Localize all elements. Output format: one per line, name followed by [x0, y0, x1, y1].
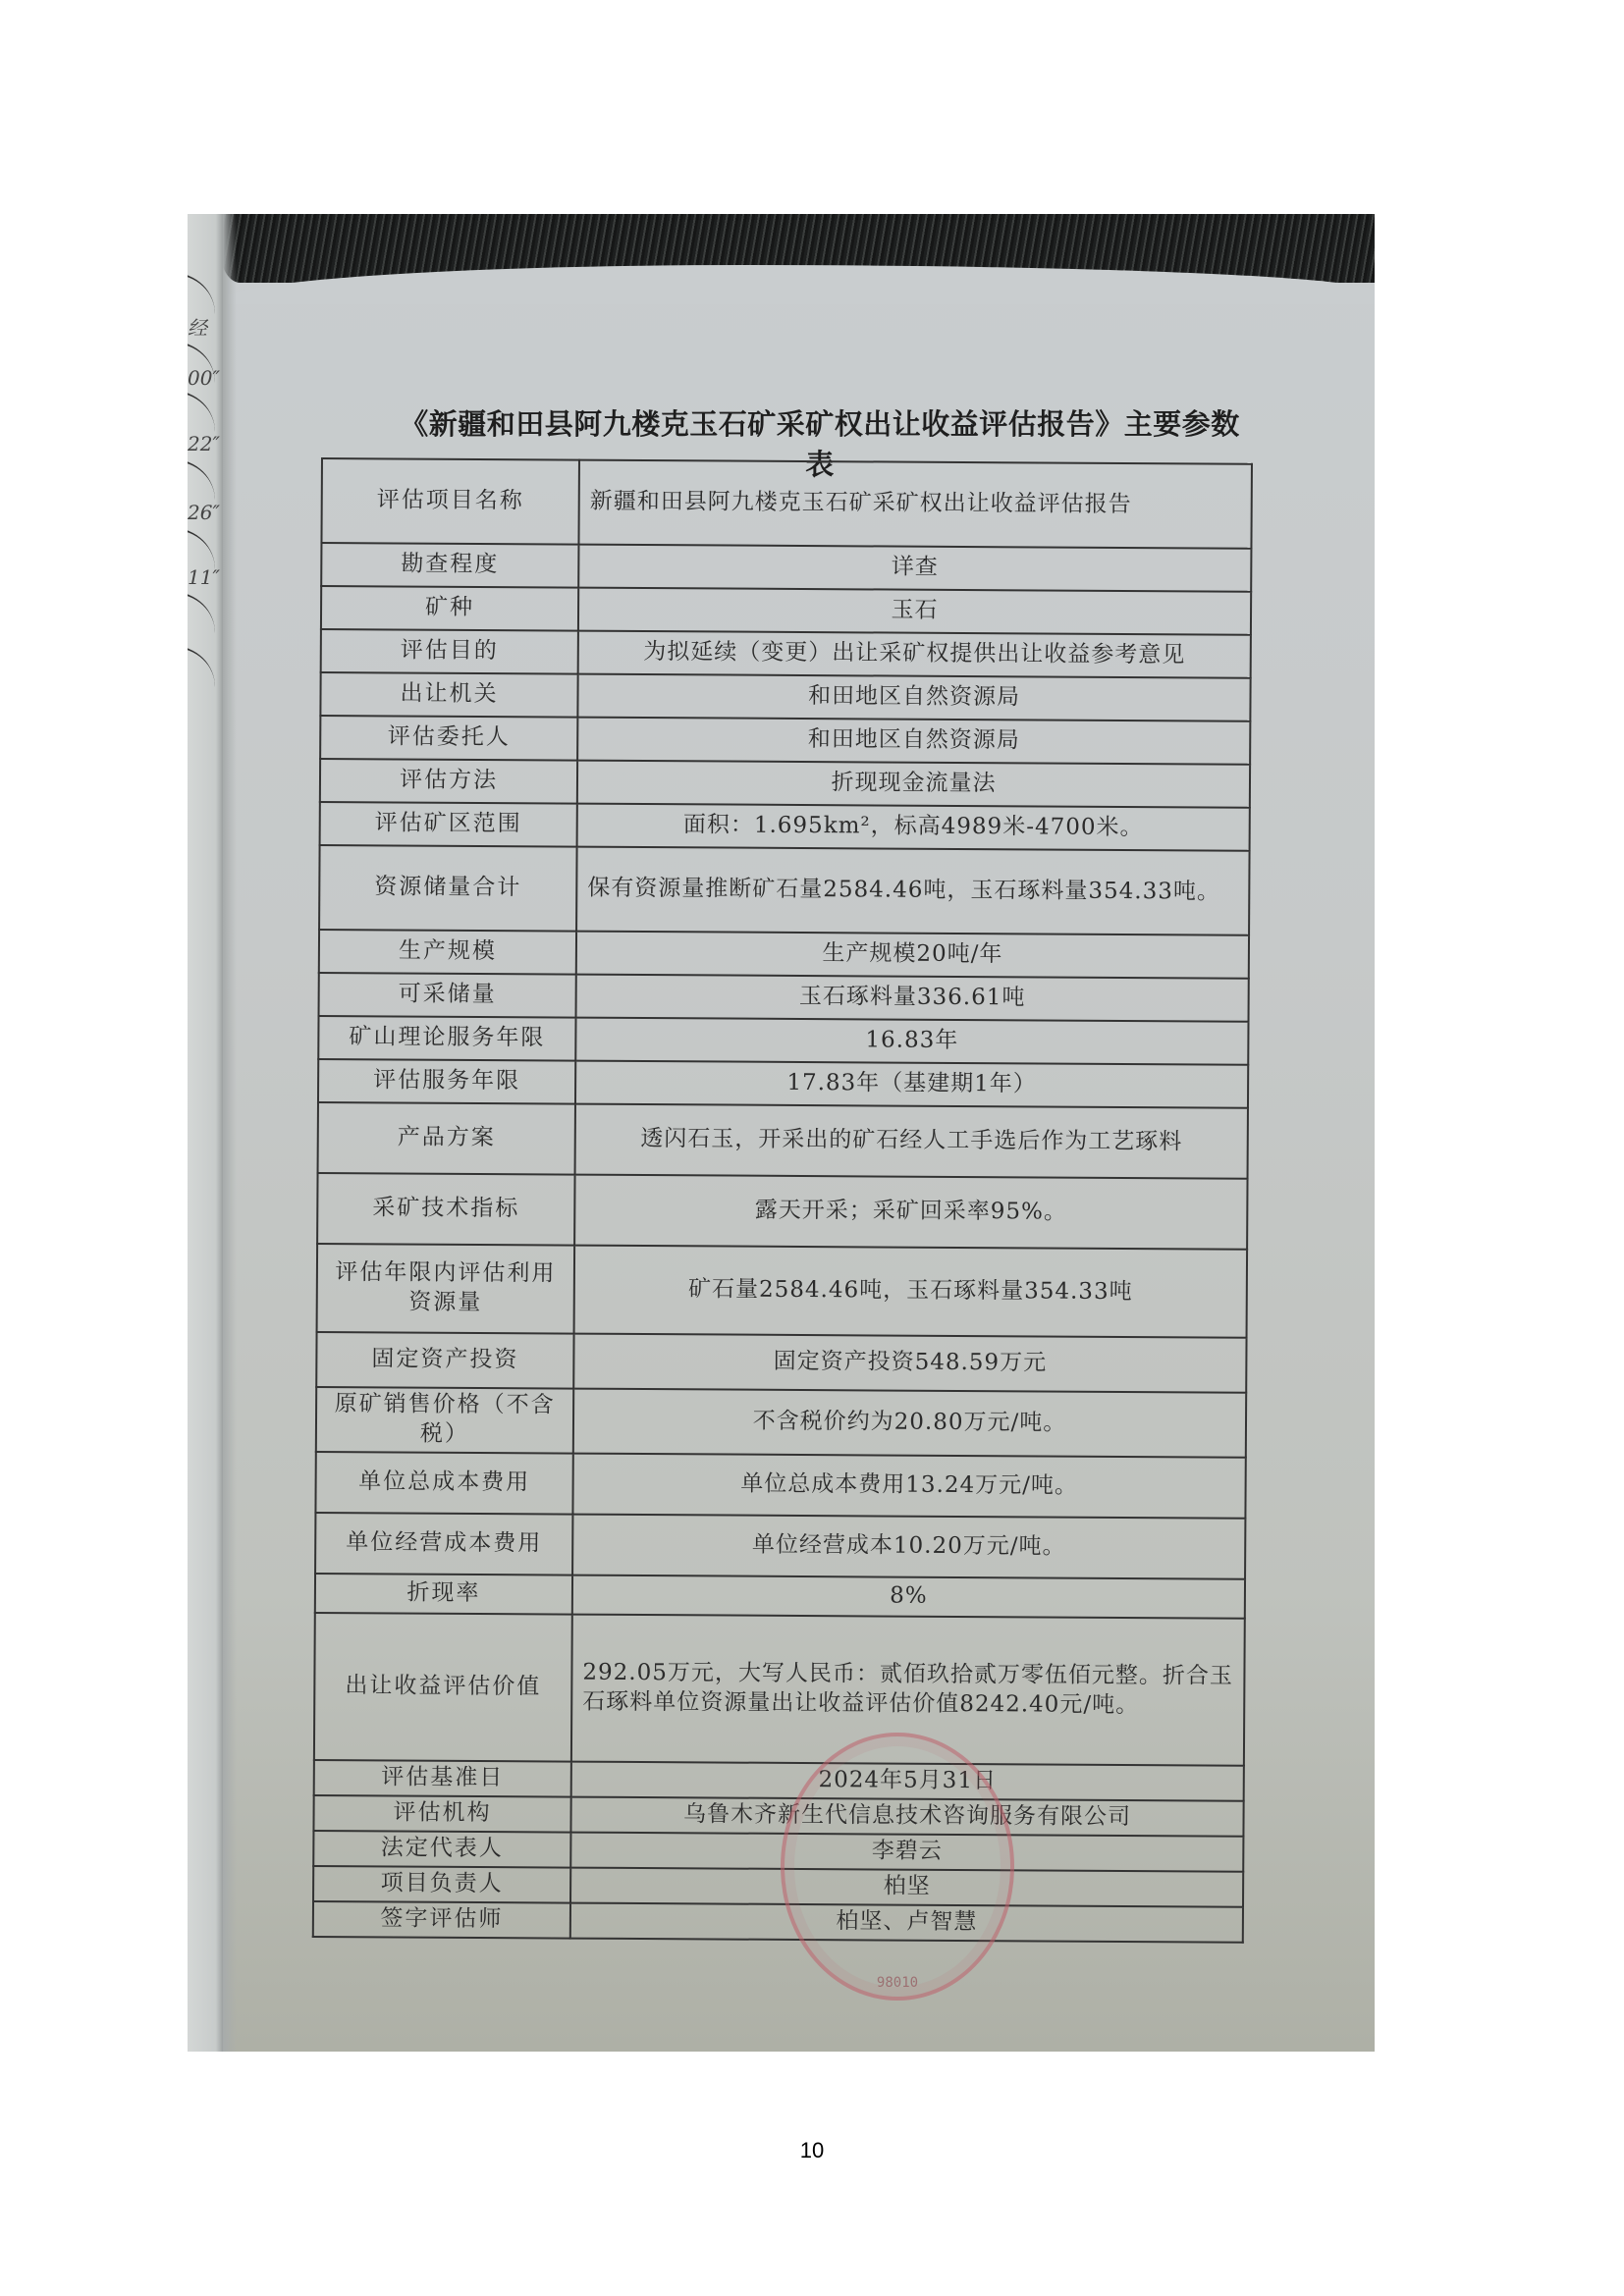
parameter-value: 矿石量2584.46吨，玉石琢料量354.33吨 — [574, 1246, 1248, 1338]
parameter-row: 出让收益评估价值292.05万元，大写人民币：贰佰玖拾贰万零伍佰元整。折合玉石琢… — [314, 1613, 1245, 1766]
parameter-value: 折现现金流量法 — [577, 761, 1250, 808]
parameter-row: 评估基准日2024年5月31日 — [314, 1760, 1244, 1801]
parameter-label: 评估矿区范围 — [320, 802, 577, 847]
parameter-label: 资源储量合计 — [319, 845, 577, 932]
parameter-value: 固定资产投资548.59万元 — [573, 1334, 1246, 1393]
parameter-row: 矿种玉石 — [321, 586, 1251, 635]
prev-page-text: 22″ — [188, 432, 220, 455]
parameter-value: 柏坚 — [570, 1867, 1243, 1906]
parameters-table: 评估项目名称新疆和田县阿九楼克玉石矿采矿权出让收益评估报告勘查程度详查矿种玉石评… — [312, 457, 1253, 1943]
parameter-label: 采矿技术指标 — [317, 1173, 574, 1246]
parameter-row: 评估年限内评估利用资源量矿石量2584.46吨，玉石琢料量354.33吨 — [317, 1244, 1248, 1338]
parameter-row: 评估机构乌鲁木齐新生代信息技术咨询服务有限公司 — [313, 1795, 1243, 1837]
parameter-value: 玉石琢料量336.61吨 — [576, 975, 1249, 1022]
parameter-row: 项目负责人柏坚 — [313, 1866, 1243, 1907]
parameter-row: 采矿技术指标露天开采；采矿回采率95%。 — [317, 1173, 1247, 1250]
prev-page-text: 26″ — [188, 501, 220, 524]
parameter-label: 可采储量 — [319, 973, 576, 1018]
parameter-row: 原矿销售价格（不含税）不含税价约为20.80万元/吨。 — [316, 1387, 1246, 1458]
prev-page-line — [188, 273, 215, 314]
prev-page-line — [188, 391, 215, 432]
parameter-value: 详查 — [578, 545, 1251, 592]
parameter-value: 17.83年（基建期1年） — [575, 1061, 1248, 1108]
prev-page-text: 11″ — [188, 565, 220, 589]
parameter-value: 2024年5月31日 — [571, 1761, 1244, 1800]
prev-page-text: 00″ — [188, 366, 220, 390]
spine-shadow — [223, 214, 237, 2052]
parameter-value: 为拟延续（变更）出让采矿权提供出让收益参考意见 — [578, 631, 1251, 678]
parameter-row: 出让机关和田地区自然资源局 — [320, 672, 1250, 721]
parameter-value: 乌鲁木齐新生代信息技术咨询服务有限公司 — [570, 1796, 1243, 1836]
parameter-value: 玉石 — [578, 588, 1251, 635]
parameter-label: 折现率 — [315, 1574, 572, 1615]
parameter-label: 单位总成本费用 — [315, 1452, 572, 1515]
parameter-value: 面积：1.695km²，标高4989米-4700米。 — [577, 804, 1250, 851]
prev-page-text: 经 — [188, 312, 207, 341]
parameter-label: 矿山理论服务年限 — [318, 1016, 575, 1061]
parameter-row: 单位总成本费用单位总成本费用13.24万元/吨。 — [315, 1452, 1245, 1519]
parameter-label: 矿种 — [321, 586, 578, 631]
parameter-label: 评估委托人 — [320, 716, 577, 761]
parameter-row: 固定资产投资固定资产投资548.59万元 — [316, 1332, 1246, 1393]
parameter-label: 单位经营成本费用 — [315, 1513, 572, 1575]
parameter-row: 资源储量合计保有资源量推断矿石量2584.46吨，玉石琢料量354.33吨。 — [319, 845, 1250, 935]
parameter-value: 单位总成本费用13.24万元/吨。 — [572, 1453, 1245, 1518]
parameter-label: 生产规模 — [319, 930, 576, 975]
parameter-row: 评估方法折现现金流量法 — [320, 759, 1250, 808]
parameter-row: 可采储量玉石琢料量336.61吨 — [319, 973, 1249, 1022]
parameter-value: 不含税价约为20.80万元/吨。 — [573, 1389, 1246, 1458]
parameter-value: 保有资源量推断矿石量2584.46吨，玉石琢料量354.33吨。 — [576, 847, 1250, 935]
parameter-value: 透闪石玉，开采出的矿石经人工手选后作为工艺琢料 — [575, 1104, 1248, 1179]
parameter-value: 和田地区自然资源局 — [577, 674, 1250, 721]
parameter-value: 李碧云 — [570, 1832, 1243, 1871]
parameter-row: 评估服务年限17.83年（基建期1年） — [318, 1059, 1248, 1108]
parameter-value: 生产规模20吨/年 — [576, 932, 1249, 979]
parameter-value: 和田地区自然资源局 — [577, 718, 1250, 765]
parameter-label: 法定代表人 — [313, 1831, 570, 1867]
parameter-row: 评估矿区范围面积：1.695km²，标高4989米-4700米。 — [320, 802, 1250, 851]
parameter-label: 固定资产投资 — [316, 1332, 573, 1389]
parameter-row: 折现率8% — [315, 1574, 1245, 1619]
parameter-value: 露天开采；采矿回采率95%。 — [574, 1175, 1247, 1250]
prev-page-line — [188, 528, 215, 569]
parameter-label: 评估机构 — [313, 1795, 570, 1833]
parameter-label: 原矿销售价格（不含税） — [316, 1387, 573, 1453]
prev-page-line — [188, 592, 215, 633]
parameter-row: 单位经营成本费用单位经营成本10.20万元/吨。 — [315, 1513, 1245, 1579]
parameter-value: 292.05万元，大写人民币：贰佰玖拾贰万零伍佰元整。折合玉石琢料单位资源量出让… — [571, 1614, 1245, 1765]
previous-page-edge: 经 00″ 22″ 26″ 11″ — [188, 214, 223, 2052]
parameter-row: 勘查程度详查 — [321, 543, 1251, 592]
parameter-row: 评估项目名称新疆和田县阿九楼克玉石矿采矿权出让收益评估报告 — [321, 458, 1252, 549]
parameter-label: 出让收益评估价值 — [314, 1613, 572, 1762]
parameter-value: 新疆和田县阿九楼克玉石矿采矿权出让收益评估报告 — [578, 460, 1252, 549]
parameter-label: 评估方法 — [320, 759, 577, 804]
parameter-label: 评估基准日 — [314, 1760, 571, 1797]
parameter-value: 16.83年 — [575, 1018, 1248, 1065]
parameter-row: 生产规模生产规模20吨/年 — [319, 930, 1249, 979]
parameter-row: 法定代表人李碧云 — [313, 1831, 1243, 1872]
parameter-label: 签字评估师 — [313, 1901, 570, 1939]
parameter-row: 矿山理论服务年限16.83年 — [318, 1016, 1248, 1065]
parameter-label: 产品方案 — [318, 1102, 575, 1175]
parameter-label: 项目负责人 — [313, 1866, 570, 1902]
parameter-value: 8% — [572, 1575, 1245, 1618]
prev-page-line — [188, 459, 215, 501]
page-number: 10 — [0, 2138, 1624, 2163]
parameter-label: 评估项目名称 — [321, 458, 579, 545]
parameter-value: 柏坚、卢智慧 — [570, 1902, 1243, 1942]
parameter-label: 评估目的 — [321, 629, 578, 674]
parameter-row: 评估目的为拟延续（变更）出让采矿权提供出让收益参考意见 — [321, 629, 1251, 678]
parameter-row: 签字评估师柏坚、卢智慧 — [313, 1901, 1243, 1943]
parameter-label: 评估服务年限 — [318, 1059, 575, 1104]
background-fabric — [221, 214, 1375, 283]
parameter-row: 评估委托人和田地区自然资源局 — [320, 716, 1250, 765]
parameter-label: 评估年限内评估利用资源量 — [317, 1244, 575, 1334]
parameter-label: 勘查程度 — [321, 543, 578, 588]
parameter-row: 产品方案透闪石玉，开采出的矿石经人工手选后作为工艺琢料 — [318, 1102, 1248, 1179]
parameter-label: 出让机关 — [320, 672, 577, 718]
parameter-value: 单位经营成本10.20万元/吨。 — [572, 1514, 1245, 1578]
prev-page-line — [188, 646, 215, 687]
